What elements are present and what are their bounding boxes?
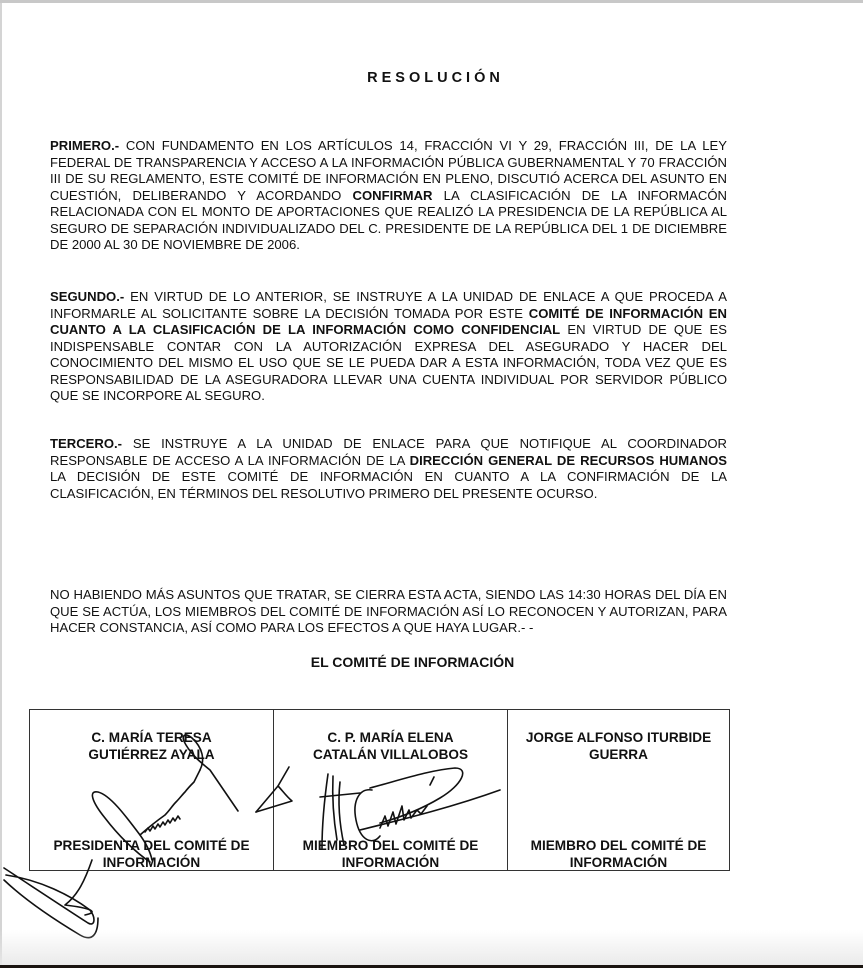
- page-bottom-shadow: [0, 930, 863, 965]
- emphasis-text: PRIMERO.-: [50, 138, 119, 153]
- committee-heading: EL COMITÉ DE INFORMACIÓN: [0, 654, 825, 670]
- emphasis-text: SEGUNDO.-: [50, 289, 124, 304]
- signature-cell-presidenta: C. MARÍA TERESA GUTIÉRREZ AYALA PRESIDEN…: [30, 710, 273, 870]
- signature-cell-miembro-2: JORGE ALFONSO ITURBIDE GUERRA MIEMBRO DE…: [507, 710, 729, 870]
- body-text: NO HABIENDO MÁS ASUNTOS QUE TRATAR, SE C…: [50, 587, 727, 635]
- emphasis-text: DIRECCIÓN GENERAL DE RECURSOS HUMANOS: [410, 453, 727, 468]
- emphasis-text: CONFIRMAR: [352, 188, 432, 203]
- page-left-edge: [0, 3, 2, 965]
- signatory-name: C. MARÍA TERESA GUTIÉRREZ AYALA: [30, 729, 273, 763]
- signature-cell-miembro-1: C. P. MARÍA ELENA CATALÁN VILLALOBOS MIE…: [273, 710, 507, 870]
- signatory-role: PRESIDENTA DEL COMITÉ DE INFORMACIÓN: [30, 837, 273, 871]
- document-title: RESOLUCIÓN: [4, 70, 863, 86]
- paragraph-tercero: TERCERO.- SE INSTRUYE A LA UNIDAD DE ENL…: [50, 436, 727, 502]
- paragraph-primero: PRIMERO.- CON FUNDAMENTO EN LOS ARTÍCULO…: [50, 138, 727, 254]
- emphasis-text: TERCERO.-: [50, 436, 122, 451]
- paragraph-cierre: NO HABIENDO MÁS ASUNTOS QUE TRATAR, SE C…: [50, 587, 727, 637]
- signatory-name: C. P. MARÍA ELENA CATALÁN VILLALOBOS: [274, 729, 507, 763]
- body-text: LA DECISIÓN DE ESTE COMITÉ DE INFORMACIÓ…: [50, 469, 727, 501]
- signatory-name: JORGE ALFONSO ITURBIDE GUERRA: [508, 729, 729, 763]
- paragraph-segundo: SEGUNDO.- EN VIRTUD DE LO ANTERIOR, SE I…: [50, 289, 727, 405]
- signatory-role: MIEMBRO DEL COMITÉ DE INFORMACIÓN: [508, 837, 729, 871]
- viewer-top-border: [0, 0, 863, 3]
- signature-table: C. MARÍA TERESA GUTIÉRREZ AYALA PRESIDEN…: [29, 709, 730, 871]
- signatory-role: MIEMBRO DEL COMITÉ DE INFORMACIÓN: [274, 837, 507, 871]
